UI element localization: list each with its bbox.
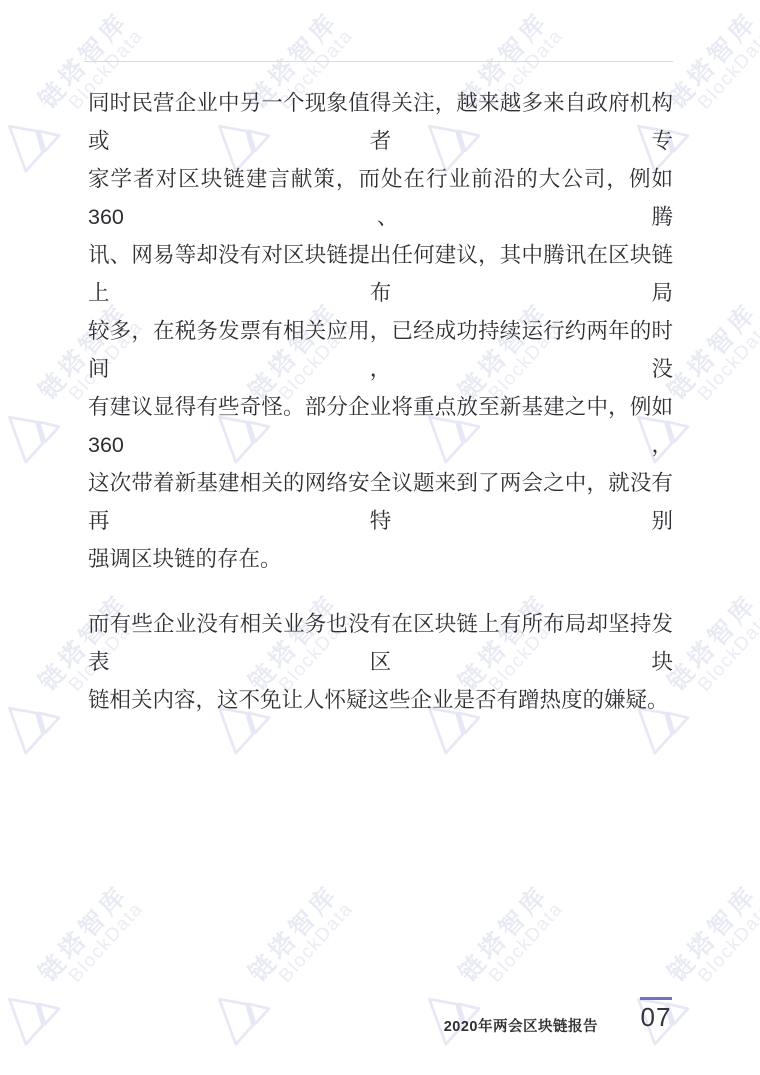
blockdata-triangle-logo-icon: [0, 684, 63, 758]
report-page: 链塔智库BlockData链塔智库BlockData链塔智库BlockData链…: [0, 0, 760, 1075]
watermark-brand-zh: 链塔智库: [663, 7, 760, 114]
text-line: 讯、网易等却没有对区块链提出任何建议，其中腾讯在区块链上布局: [88, 236, 673, 312]
blockdata-triangle-logo-icon: [200, 975, 273, 1049]
page-number-block: 07: [637, 997, 675, 1032]
blockdata-triangle-logo-icon: [0, 393, 63, 467]
footer-report-title: 2020年两会区块链报告: [0, 1015, 598, 1036]
watermark-brand-zh: 链塔智库: [244, 880, 344, 987]
watermark-brand-en: BlockData: [66, 898, 149, 987]
text-line: 有建议显得有些奇怪。部分企业将重点放至新基建之中，例如360，: [88, 388, 673, 464]
watermark-brand-en: BlockData: [486, 898, 569, 987]
watermark-brand-en: BlockData: [276, 898, 359, 987]
watermark-brand-zh: 链塔智库: [663, 880, 760, 987]
text-line: 而有些企业没有相关业务也没有在区块链上有所布局却坚持发表区块: [88, 605, 673, 681]
paragraph-1: 同时民营企业中另一个现象值得关注，越来越多来自政府机构或者专家学者对区块链建言献…: [88, 84, 673, 578]
watermark-brand-zh: 链塔智库: [663, 298, 760, 405]
watermark-brand-en: BlockData: [695, 898, 760, 987]
text-line: 家学者对区块链建言献策，而处在行业前沿的大公司，例如360、腾: [88, 160, 673, 236]
text-line: 链相关内容，这不免让人怀疑这些企业是否有蹭热度的嫌疑。: [88, 681, 673, 719]
watermark-brand-en: BlockData: [695, 607, 760, 696]
text-line: 这次带着新基建相关的网络安全议题来到了两会之中，就没有再特别: [88, 464, 673, 540]
text-line: 同时民营企业中另一个现象值得关注，越来越多来自政府机构或者专: [88, 84, 673, 160]
blockdata-triangle-logo-icon: [0, 102, 63, 176]
paragraph-2: 而有些企业没有相关业务也没有在区块链上有所布局却坚持发表区块链相关内容，这不免让…: [88, 605, 673, 719]
watermark-brand-en: BlockData: [695, 316, 760, 405]
text-line: 较多，在税务发票有相关应用，已经成功持续运行约两年的时间，没: [88, 312, 673, 388]
watermark-brand-zh: 链塔智库: [663, 589, 760, 696]
blockdata-triangle-logo-icon: [0, 975, 63, 1049]
body-text: 同时民营企业中另一个现象值得关注，越来越多来自政府机构或者专家学者对区块链建言献…: [88, 84, 673, 719]
watermark-brand-zh: 链塔智库: [34, 880, 134, 987]
watermark-brand-zh: 链塔智库: [454, 880, 554, 987]
text-line: 强调区块链的存在。: [88, 540, 673, 578]
page-number-rule: [640, 997, 672, 1000]
watermark-brand-en: BlockData: [695, 25, 760, 114]
top-divider-line: [84, 61, 673, 62]
page-number: 07: [637, 1003, 675, 1032]
blockdata-triangle-logo-icon: [410, 975, 483, 1049]
